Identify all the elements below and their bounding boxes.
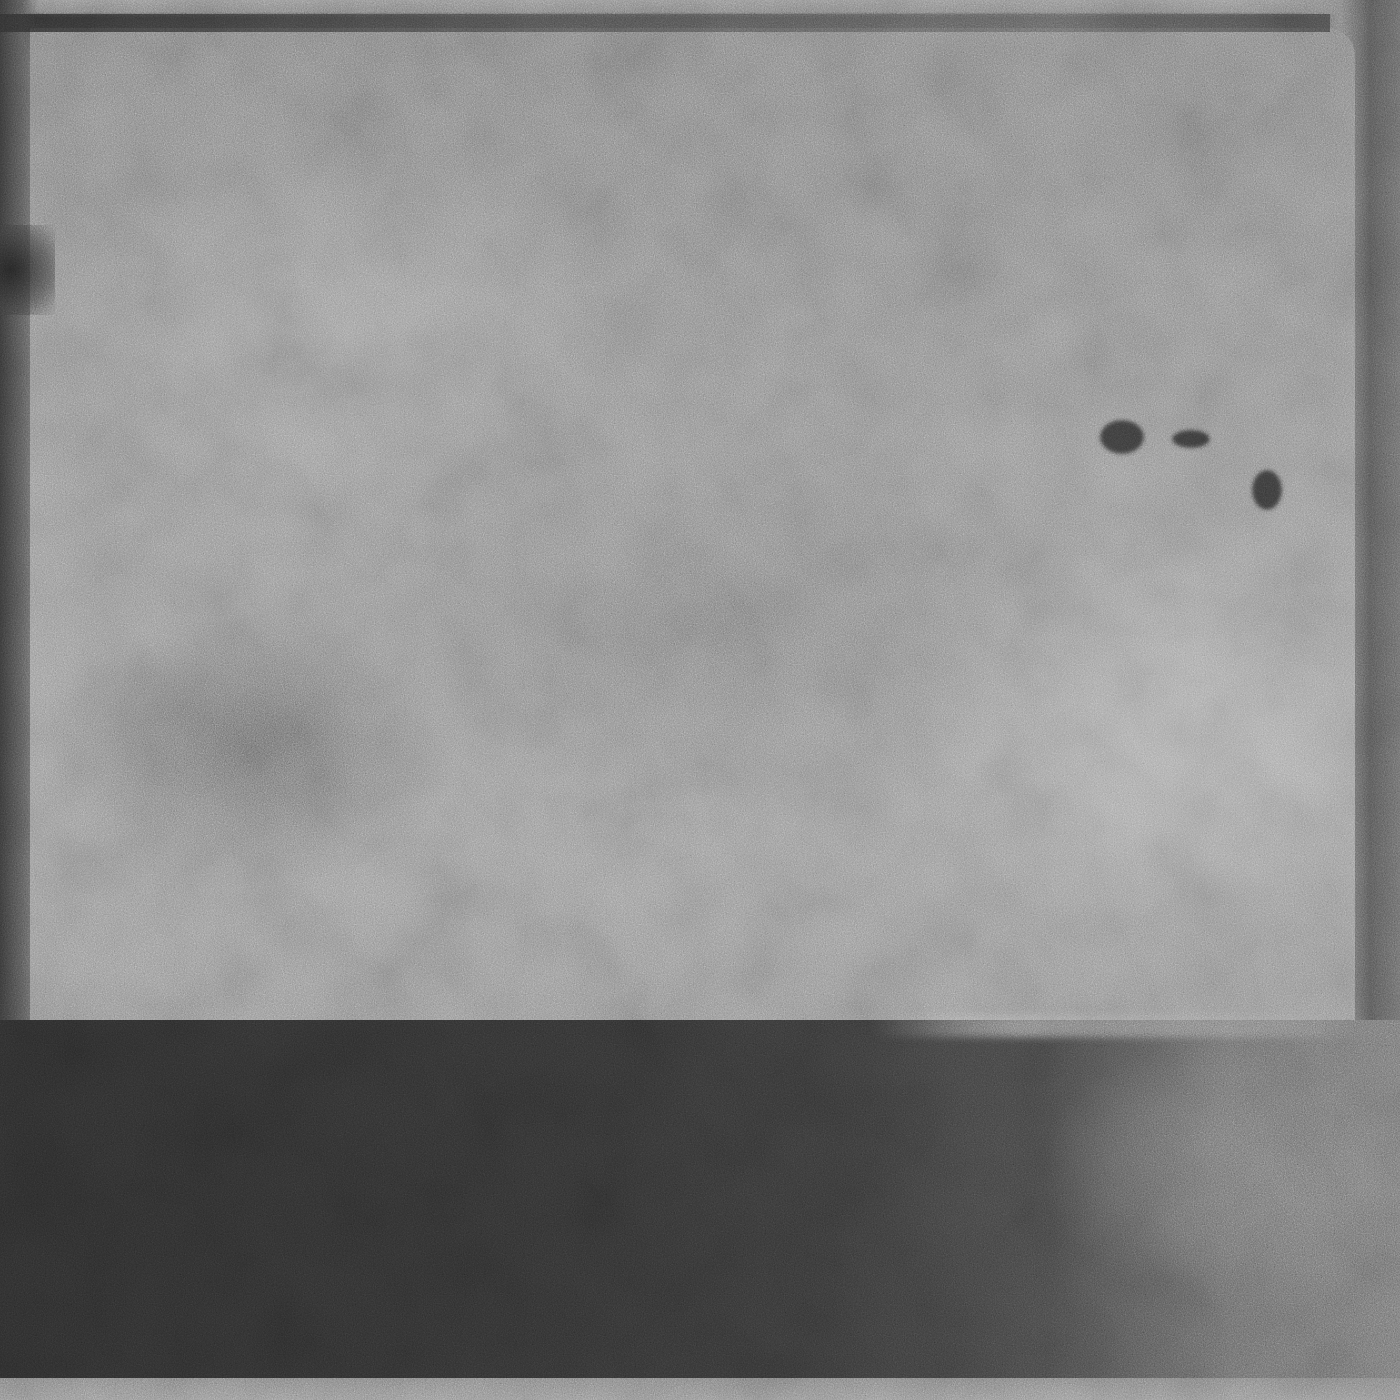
stain-blot: [1172, 430, 1210, 448]
dark-lower-band: [0, 1020, 1400, 1378]
grunge-texture: [0, 0, 1400, 1400]
top-dark-edge: [0, 14, 1330, 32]
bottom-light-strip: [0, 1378, 1400, 1400]
upper-light-panel: [30, 28, 1355, 1023]
stain-blot: [1100, 420, 1144, 454]
stain-blot: [1252, 470, 1282, 510]
left-dark-mark: [0, 225, 55, 315]
band-highlight: [870, 1015, 1370, 1037]
